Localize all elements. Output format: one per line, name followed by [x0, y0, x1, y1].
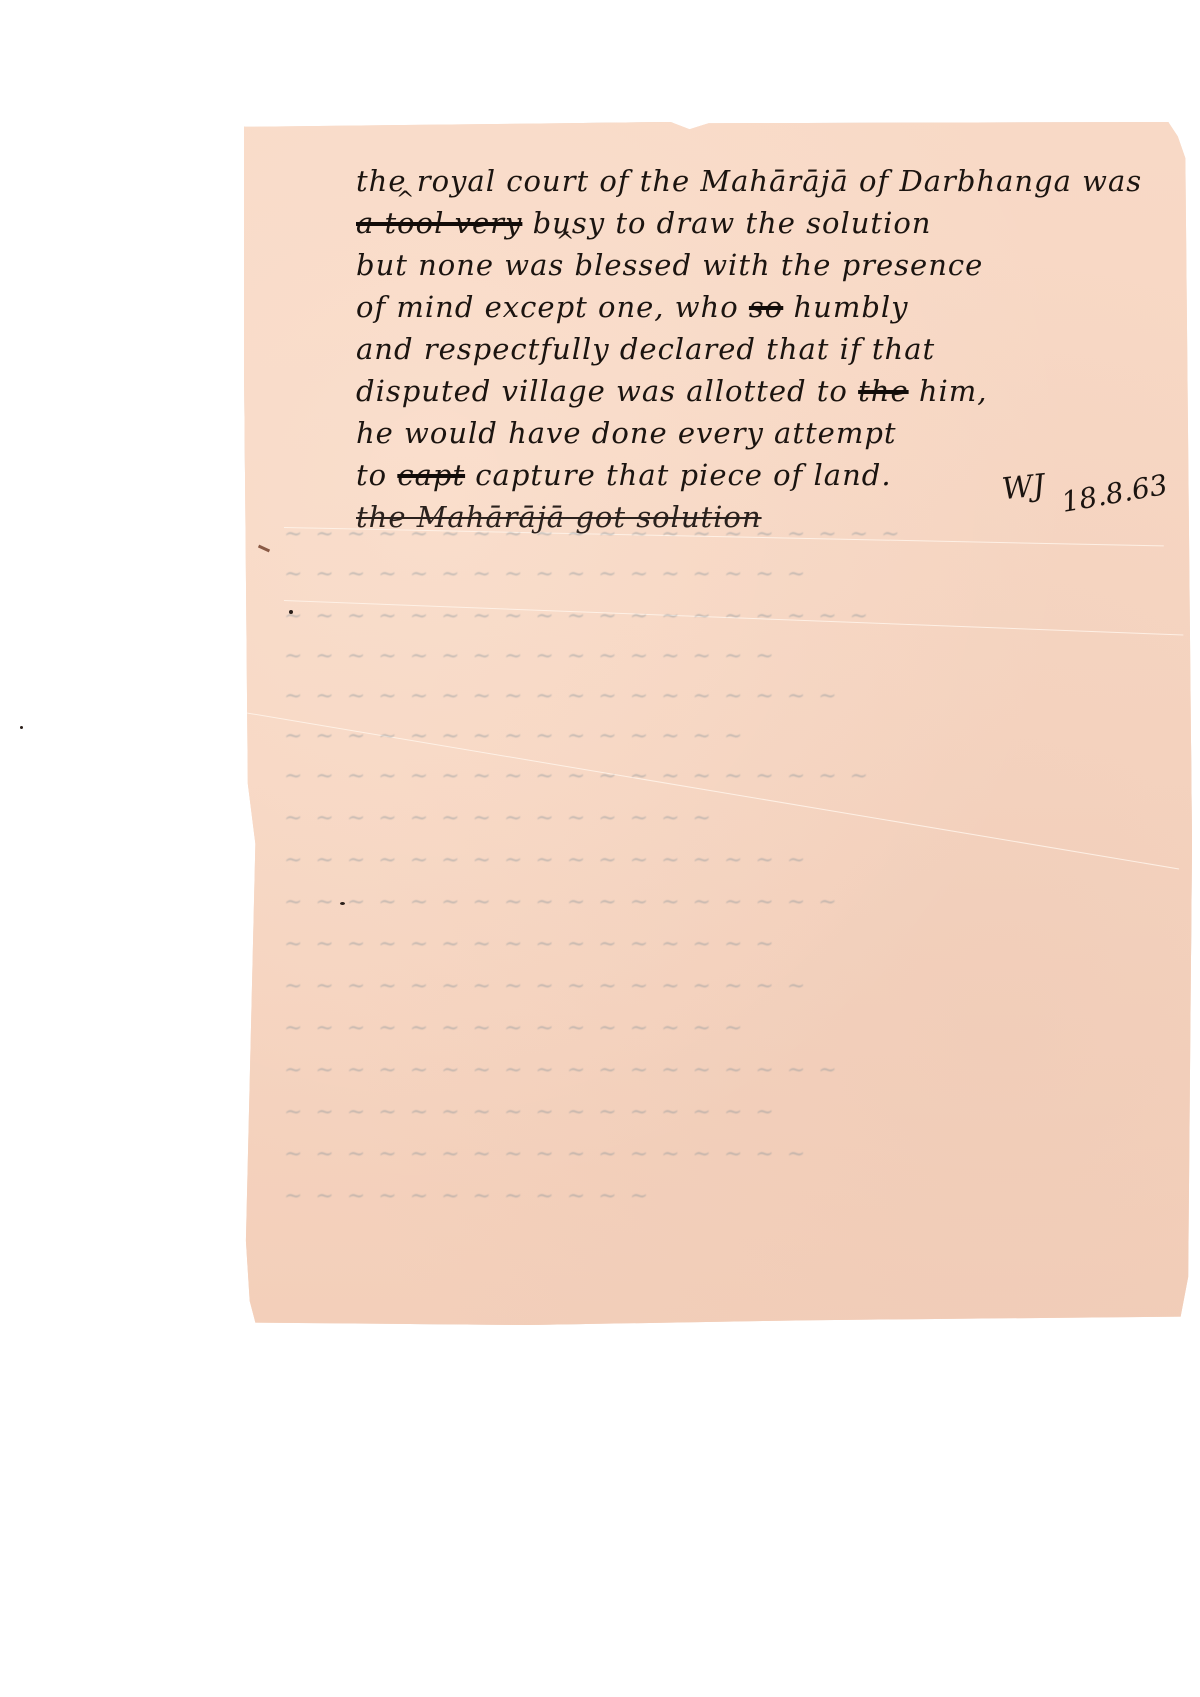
- bleed-line: ~ ~ ~ ~ ~ ~ ~ ~ ~ ~ ~ ~ ~ ~: [284, 806, 1152, 831]
- bleed-line: ~ ~ ~ ~ ~ ~ ~ ~ ~ ~ ~ ~ ~ ~ ~ ~ ~: [284, 974, 1152, 999]
- text-line-7: he would have done every attempt: [356, 412, 1176, 454]
- struck-word: capt: [397, 458, 465, 492]
- bleed-line: ~ ~ ~ ~ ~ ~ ~ ~ ~ ~ ~ ~ ~ ~ ~ ~ ~ ~: [284, 890, 1152, 915]
- text-line-1: the royal court of the Mahārājā of Darbh…: [356, 160, 1176, 202]
- bleed-line: ~ ~ ~ ~ ~ ~ ~ ~ ~ ~ ~ ~ ~ ~ ~ ~ ~: [284, 562, 1152, 587]
- bleed-line: ~ ~ ~ ~ ~ ~ ~ ~ ~ ~ ~ ~ ~ ~ ~ ~: [284, 644, 1152, 669]
- struck-word: so: [749, 290, 783, 324]
- text-line-6: disputed village was allotted to the him…: [356, 370, 1176, 412]
- ink-speck: [1189, 350, 1192, 353]
- line-text: he would have done every attempt: [356, 416, 897, 450]
- line-text: and respectfully declared that if that: [356, 332, 935, 366]
- line-text: busy to draw the solution: [522, 206, 931, 240]
- ink-mark: [258, 545, 270, 553]
- bleed-line: ~ ~ ~ ~ ~ ~ ~ ~ ~ ~ ~ ~ ~ ~ ~ ~ ~ ~ ~: [284, 764, 1152, 789]
- ink-speck: [289, 610, 293, 614]
- line-text: disputed village was allotted to: [356, 374, 858, 408]
- bleed-line: ~ ~ ~ ~ ~ ~ ~ ~ ~ ~ ~ ~ ~ ~ ~ ~ ~: [284, 1142, 1152, 1167]
- stray-speck: [20, 726, 23, 729]
- bleed-line: ~ ~ ~ ~ ~ ~ ~ ~ ~ ~ ~ ~ ~ ~ ~: [284, 1016, 1152, 1041]
- line-text: of mind except one, who: [356, 290, 749, 324]
- line-text: the royal court of the Mahārājā of Darbh…: [356, 164, 1142, 198]
- bleed-line: ~ ~ ~ ~ ~ ~ ~ ~ ~ ~ ~ ~ ~ ~ ~ ~: [284, 932, 1152, 957]
- text-line-2: ^ a tool very busy to draw the solution: [356, 202, 1176, 244]
- ink-speck: [340, 902, 345, 905]
- bleed-line: ~ ~ ~ ~ ~ ~ ~ ~ ~ ~ ~ ~ ~ ~ ~ ~ ~ ~ ~: [284, 604, 1152, 629]
- manuscript-paper: ~ ~ ~ ~ ~ ~ ~ ~ ~ ~ ~ ~ ~ ~ ~ ~ ~ ~ ~ ~ …: [244, 122, 1192, 1325]
- text-line-4: of mind except one, who so humbly: [356, 286, 1176, 328]
- bleed-line: ~ ~ ~ ~ ~ ~ ~ ~ ~ ~ ~ ~ ~ ~ ~: [284, 724, 1152, 749]
- line-text: humbly: [783, 290, 908, 324]
- signature-initials: WJ: [1000, 468, 1046, 507]
- text-line-5: and respectfully declared that if that: [356, 328, 1176, 370]
- bleed-line: ~ ~ ~ ~ ~ ~ ~ ~ ~ ~ ~ ~ ~ ~ ~ ~ ~: [284, 848, 1152, 873]
- line-text: but none was blessed with the presence: [356, 248, 983, 282]
- line-text: capture that piece of land.: [465, 458, 891, 492]
- signature-block: WJ 18.8.63: [1002, 470, 1167, 505]
- bleed-line: ~ ~ ~ ~ ~ ~ ~ ~ ~ ~ ~ ~ ~ ~ ~ ~ ~ ~: [284, 1058, 1152, 1083]
- line-text: to: [356, 458, 397, 492]
- bleed-line: ~ ~ ~ ~ ~ ~ ~ ~ ~ ~ ~ ~: [284, 1184, 1152, 1209]
- text-line-3: ^ but none was blessed with the presence: [356, 244, 1176, 286]
- insertion-caret: ^: [556, 222, 575, 264]
- bleed-line: ~ ~ ~ ~ ~ ~ ~ ~ ~ ~ ~ ~ ~ ~ ~ ~: [284, 1100, 1152, 1125]
- bleed-line: ~ ~ ~ ~ ~ ~ ~ ~ ~ ~ ~ ~ ~ ~ ~ ~ ~ ~: [284, 684, 1152, 709]
- struck-sentence: the Mahārājā got solution: [356, 500, 762, 534]
- struck-word: the: [858, 374, 909, 408]
- struck-words: a tool very: [356, 206, 522, 240]
- insertion-caret: ^: [396, 180, 415, 222]
- line-text: him,: [909, 374, 988, 408]
